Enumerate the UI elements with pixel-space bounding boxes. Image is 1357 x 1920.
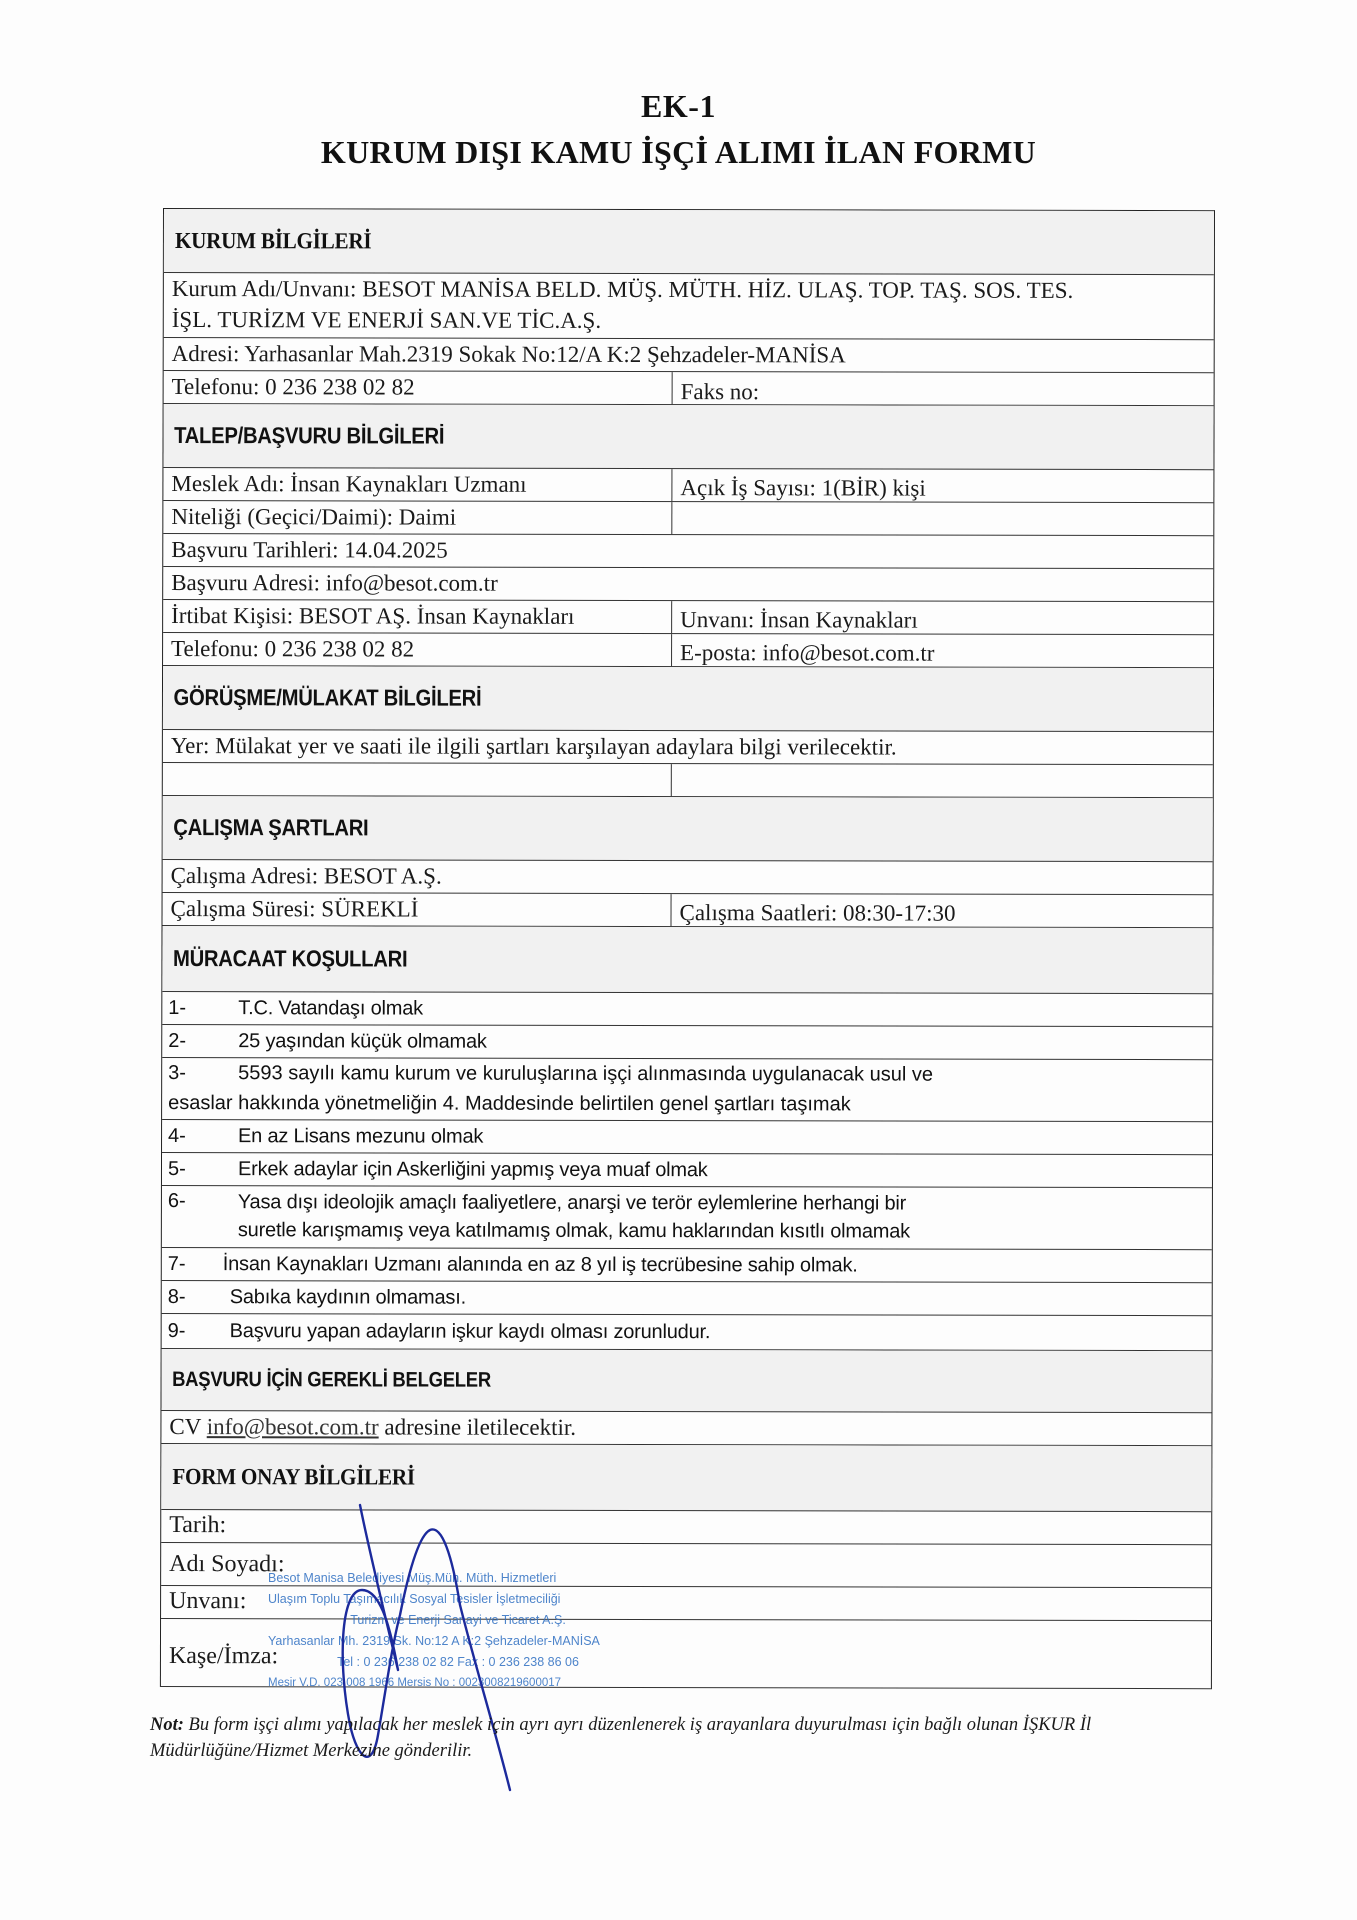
- work-address-row: Çalışma Adresi: BESOT A.Ş.: [163, 860, 1213, 895]
- documents-row: CV info@besot.com.tr adresine iletilecek…: [161, 1411, 1211, 1446]
- institution-address-row: Adresi: Yarhasanlar Mah.2319 Sokak No:12…: [164, 338, 1214, 373]
- item-number: 4-: [162, 1125, 238, 1148]
- requirement-item: 7- İnsan Kaynakları Uzmanı alanında en a…: [162, 1248, 1212, 1283]
- form-title: KURUM DIŞI KAMU İŞÇİ ALIMI İLAN FORMU: [0, 134, 1357, 171]
- item-text-line2: suretle karışmamış veya katılmamış olmak…: [238, 1216, 910, 1245]
- item-text: İnsan Kaynakları Uzmanı alanında en az 8…: [223, 1253, 858, 1277]
- approval-date-row: Tarih:: [161, 1510, 1211, 1545]
- nature-row: Niteliği (Geçici/Daimi): Daimi: [163, 501, 1213, 536]
- section-title: BAŞVURU İÇİN GEREKLİ BELGELER: [162, 1367, 491, 1392]
- application-address-row: Başvuru Adresi: info@besot.com.tr: [163, 567, 1213, 602]
- contact-title: Unvanı: İnsan Kaynakları: [672, 601, 1213, 634]
- institution-phone-row: Telefonu: 0 236 238 02 82 Faks no:: [164, 371, 1214, 406]
- section-title: TALEP/BAŞVURU BİLGİLERİ: [163, 422, 444, 450]
- item-number: 9-: [162, 1319, 230, 1342]
- item-text: 5593 sayılı kamu kurum ve kuruluşlarına …: [238, 1062, 933, 1086]
- section-header-onay: FORM ONAY BİLGİLERİ: [161, 1444, 1211, 1512]
- section-title: ÇALIŞMA ŞARTLARI: [163, 814, 369, 841]
- work-duration-row: Çalışma Süresi: SÜREKLİ Çalışma Saatleri…: [162, 893, 1212, 928]
- contact-phone: Telefonu: 0 236 238 02 82: [163, 633, 672, 666]
- item-number: 7-: [162, 1252, 223, 1275]
- note-text: Bu form işçi alımı yapılacak her meslek …: [150, 1715, 1091, 1761]
- section-title: FORM ONAY BİLGİLERİ: [161, 1463, 415, 1490]
- item-text: T.C. Vatandaşı olmak: [238, 997, 423, 1020]
- item-text-line1: Yasa dışı ideolojik amaçlı faaliyetlere,…: [238, 1188, 910, 1217]
- work-address: Çalışma Adresi: BESOT A.Ş.: [163, 860, 1213, 894]
- interview-place: Yer: Mülakat yer ve saati ile ilgili şar…: [163, 730, 1213, 764]
- institution-fax: Faks no:: [673, 372, 1214, 405]
- institution-name-line2: İŞL. TURİZM VE ENERJİ SAN.VE TİC.A.Ş.: [172, 304, 1214, 337]
- documents-text: adresine iletilecektir.: [384, 1414, 576, 1439]
- item-text-continued: esaslar hakkında yönetmeliğin 4. Maddesi…: [162, 1088, 851, 1119]
- item-text: Sabıka kaydının olmaması.: [230, 1286, 466, 1309]
- item-number: 3-: [162, 1062, 238, 1085]
- item-number: 2-: [162, 1030, 238, 1053]
- contact-email: E-posta: info@besot.com.tr: [672, 634, 1213, 667]
- announcement-form-table: KURUM BİLGİLERİ Kurum Adı/Unvanı: BESOT …: [160, 208, 1215, 1689]
- section-title: MÜRACAAT KOŞULLARI: [162, 945, 407, 973]
- annex-label: EK-1: [0, 88, 1357, 125]
- interview-empty-row: [163, 763, 1213, 798]
- occupation-name: Meslek Adı: İnsan Kaynakları Uzmanı: [163, 468, 672, 501]
- cv-label: CV: [169, 1414, 201, 1439]
- application-address: Başvuru Adresi: info@besot.com.tr: [163, 567, 1213, 601]
- work-duration: Çalışma Süresi: SÜREKLİ: [162, 893, 671, 926]
- position-nature: Niteliği (Geçici/Daimi): Daimi: [163, 501, 672, 534]
- institution-phone: Telefonu: 0 236 238 02 82: [164, 371, 673, 404]
- documents-cell: CV info@besot.com.tr adresine iletilecek…: [161, 1411, 1211, 1445]
- work-hours: Çalışma Saatleri: 08:30-17:30: [671, 894, 1212, 927]
- requirement-item: 1- T.C. Vatandaşı olmak: [162, 992, 1212, 1027]
- contact-person-row: İrtibat Kişisi: BESOT AŞ. İnsan Kaynakla…: [163, 600, 1213, 635]
- occupation-row: Meslek Adı: İnsan Kaynakları Uzmanı Açık…: [163, 468, 1213, 503]
- institution-name-line1: Kurum Adı/Unvanı: BESOT MANİSA BELD. MÜŞ…: [172, 273, 1214, 306]
- institution-name-cell: Kurum Adı/Unvanı: BESOT MANİSA BELD. MÜŞ…: [164, 273, 1214, 339]
- section-header-kurum: KURUM BİLGİLERİ: [164, 209, 1214, 275]
- empty-cell: [672, 764, 1213, 797]
- item-text: Yasa dışı ideolojik amaçlı faaliyetlere,…: [238, 1186, 910, 1245]
- requirement-item: 3- 5593 sayılı kamu kurum ve kuruluşları…: [162, 1058, 1212, 1122]
- item-number: 5-: [162, 1158, 238, 1181]
- item-text: Başvuru yapan adayların işkur kaydı olma…: [230, 1320, 711, 1344]
- requirement-item: 5- Erkek adaylar için Askerliğini yapmış…: [162, 1153, 1212, 1188]
- approval-date-label: Tarih:: [161, 1510, 1211, 1544]
- empty-cell: [672, 502, 1213, 535]
- email-link[interactable]: info@besot.com.tr: [207, 1414, 379, 1439]
- contact-phone-row: Telefonu: 0 236 238 02 82 E-posta: info@…: [163, 633, 1213, 668]
- item-number: 6-: [162, 1186, 238, 1213]
- contact-person: İrtibat Kişisi: BESOT AŞ. İnsan Kaynakla…: [163, 600, 672, 633]
- section-header-talep: TALEP/BAŞVURU BİLGİLERİ: [163, 404, 1213, 470]
- application-dates: Başvuru Tarihleri: 14.04.2025: [163, 534, 1213, 568]
- institution-address: Adresi: Yarhasanlar Mah.2319 Sokak No:12…: [164, 338, 1214, 372]
- requirement-item: 4- En az Lisans mezunu olmak: [162, 1120, 1212, 1155]
- requirement-item: 2- 25 yaşından küçük olmamak: [162, 1025, 1212, 1060]
- interview-place-row: Yer: Mülakat yer ve saati ile ilgili şar…: [163, 730, 1213, 765]
- section-header-calisma: ÇALIŞMA ŞARTLARI: [163, 796, 1213, 862]
- section-header-belgeler: BAŞVURU İÇİN GEREKLİ BELGELER: [161, 1349, 1211, 1413]
- section-header-muracaat: MÜRACAAT KOŞULLARI: [162, 926, 1212, 994]
- section-title: KURUM BİLGİLERİ: [164, 228, 371, 254]
- section-title: GÖRÜŞME/MÜLAKAT BİLGİLERİ: [163, 684, 481, 712]
- item-text: En az Lisans mezunu olmak: [238, 1125, 483, 1149]
- section-header-gorusme: GÖRÜŞME/MÜLAKAT BİLGİLERİ: [163, 666, 1213, 732]
- empty-cell: [163, 763, 672, 796]
- requirement-item: 9- Başvuru yapan adayların işkur kaydı o…: [162, 1314, 1212, 1351]
- item-number: 1-: [162, 997, 238, 1020]
- footnote: Not: Bu form işçi alımı yapılacak her me…: [150, 1712, 1230, 1764]
- requirement-item: 8- Sabıka kaydının olmaması.: [162, 1281, 1212, 1316]
- open-positions: Açık İş Sayısı: 1(BİR) kişi: [672, 469, 1213, 502]
- item-text: Erkek adaylar için Askerliğini yapmış ve…: [238, 1158, 708, 1182]
- item-text: 25 yaşından küçük olmamak: [238, 1030, 487, 1054]
- note-label: Not:: [150, 1715, 184, 1735]
- requirement-item: 6- Yasa dışı ideolojik amaçlı faaliyetle…: [162, 1186, 1212, 1250]
- item-number: 8-: [162, 1285, 230, 1308]
- institution-name-row: Kurum Adı/Unvanı: BESOT MANİSA BELD. MÜŞ…: [164, 273, 1214, 340]
- document-page: EK-1 KURUM DIŞI KAMU İŞÇİ ALIMI İLAN FOR…: [0, 0, 1357, 1920]
- application-dates-row: Başvuru Tarihleri: 14.04.2025: [163, 534, 1213, 569]
